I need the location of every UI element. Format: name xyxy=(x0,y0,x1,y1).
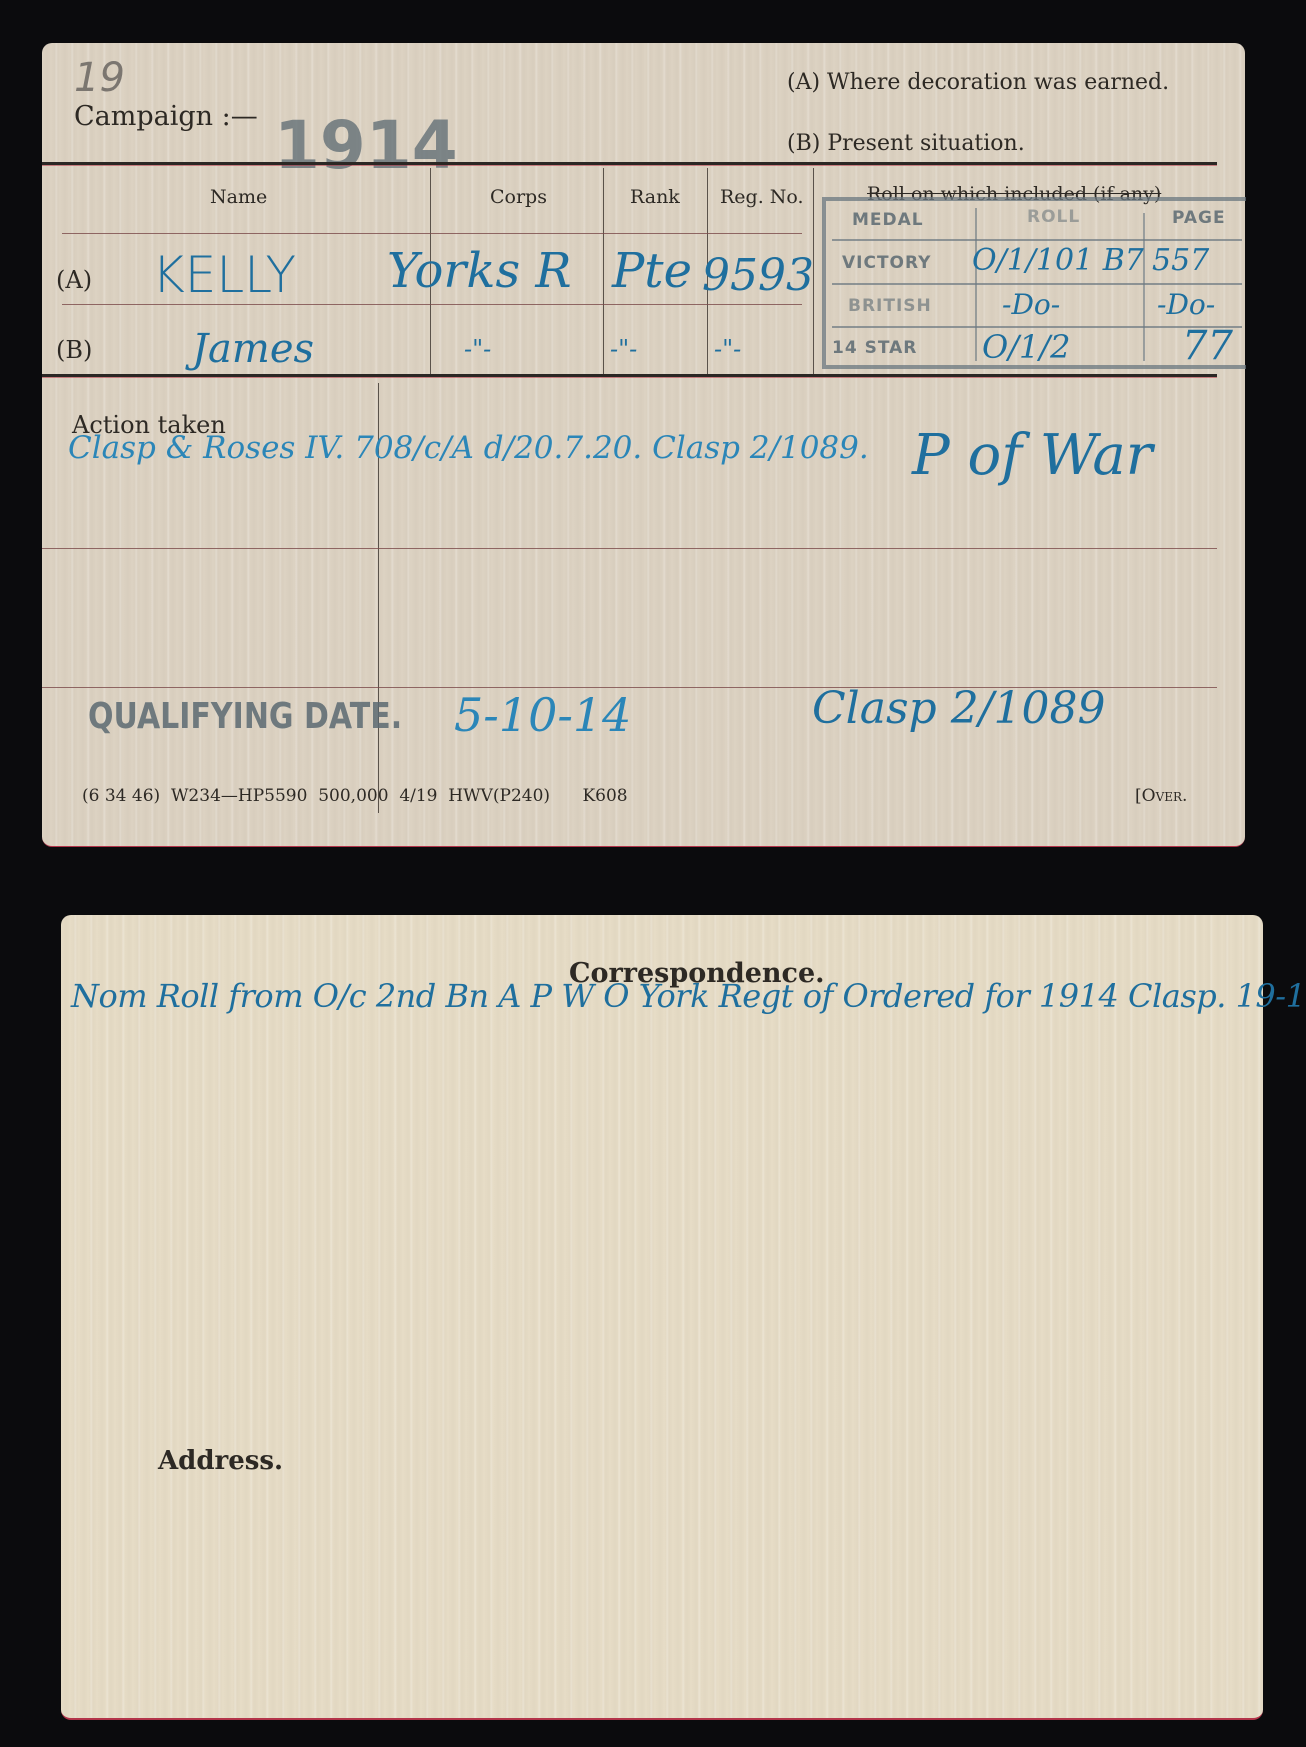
correspondence-text: Nom Roll from O/c 2nd Bn A P W O York Re… xyxy=(71,977,1306,1015)
qualifying-date-value: 5-10-14 xyxy=(454,688,631,742)
stamp-rule xyxy=(832,283,1242,285)
note-present-situation: (B) Present situation. xyxy=(787,131,1025,156)
stamp-header-roll: ROLL xyxy=(1027,207,1080,227)
surname: KELLY xyxy=(152,246,296,304)
header-rule xyxy=(62,233,802,234)
header-corps: Corps xyxy=(490,186,547,208)
row-a-label: (A) xyxy=(56,266,92,294)
action-taken-text: Clasp & Roses IV. 708/c/A d/20.7.20. Cla… xyxy=(68,430,869,466)
header-name: Name xyxy=(210,186,267,208)
campaign-label: Campaign :— xyxy=(74,101,258,132)
stamp-header-page: PAGE xyxy=(1172,208,1226,228)
page-british: -Do- xyxy=(1157,288,1215,321)
row-b-label: (B) xyxy=(56,336,92,364)
stamp-divider xyxy=(975,208,977,361)
corps-ditto: -"- xyxy=(464,335,491,363)
qualifying-date-note: Clasp 2/1089 xyxy=(812,683,1106,734)
roll-star: O/1/2 xyxy=(982,328,1071,366)
header-reg-no: Reg. No. xyxy=(720,186,804,208)
roll-victory: O/1/101 B7 xyxy=(972,243,1144,278)
over-note: [Over. xyxy=(1135,786,1187,806)
top-rule xyxy=(42,162,1217,165)
note-where-earned: (A) Where decoration was earned. xyxy=(787,70,1169,95)
page-star: 77 xyxy=(1182,323,1233,369)
rank-value: Pte xyxy=(612,243,692,299)
corps-value: Yorks R xyxy=(387,243,571,299)
page-victory: 557 xyxy=(1152,243,1209,278)
roll-british: -Do- xyxy=(1002,288,1060,321)
medal-index-card-back: Correspondence. Nom Roll from O/c 2nd Bn… xyxy=(61,915,1263,1720)
stamp-medal-star: 14 STAR xyxy=(832,338,917,358)
row-rule xyxy=(62,304,802,305)
rows-bottom-rule xyxy=(42,374,1217,377)
first-name: James xyxy=(192,326,314,372)
action-signature: P of War xyxy=(912,423,1153,488)
divider xyxy=(603,168,604,376)
stamp-header-medal: MEDAL xyxy=(852,210,924,230)
section-rule xyxy=(42,548,1217,549)
pencil-number: 19 xyxy=(74,55,125,101)
print-reference: (6 34 46) W234—HP5590 500,000 4/19 HWV(P… xyxy=(82,786,628,806)
reg-no-ditto: -"- xyxy=(714,335,741,363)
header-rank: Rank xyxy=(630,186,680,208)
medal-index-card-front: 19 Campaign :— 1914 (A) Where decoration… xyxy=(42,43,1245,847)
stamp-medal-victory: VICTORY xyxy=(842,253,931,273)
qualifying-date-stamp: QUALIFYING DATE. xyxy=(88,696,402,738)
stamp-divider xyxy=(1143,213,1145,361)
stamp-rule xyxy=(832,239,1242,241)
address-label: Address. xyxy=(158,1446,283,1476)
reg-no-value: 9593 xyxy=(702,250,814,301)
rank-ditto: -"- xyxy=(610,335,637,363)
stamp-medal-british: BRITISH xyxy=(848,296,932,316)
